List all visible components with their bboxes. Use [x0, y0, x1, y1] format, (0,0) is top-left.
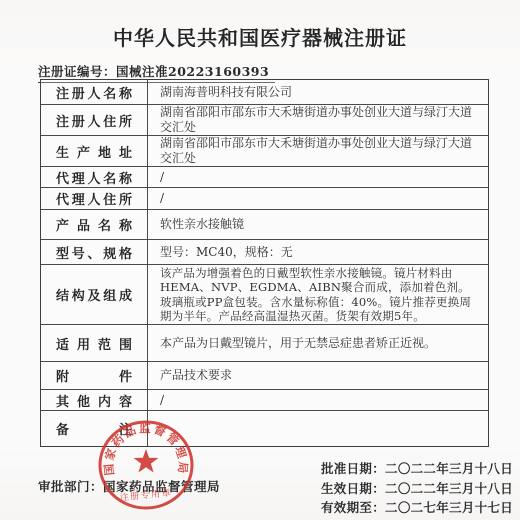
- table-row-model-spec: 型号、规格 型号：MC40，规格：无: [41, 239, 488, 264]
- approval-department-value: 国家药品监督管理局: [103, 479, 220, 494]
- row-value: /: [148, 188, 488, 209]
- table-row-other-content: 其他内容 /: [41, 389, 488, 410]
- table-row-scope-of-application: 适用范围 本产品为日戴型镜片，用于无禁忌症患者矫正近视。: [41, 324, 488, 361]
- table-row-product-name: 产品名称 软性亲水接触镜: [41, 209, 488, 239]
- row-label: 注册人住所: [41, 105, 148, 135]
- row-value: 型号：MC40，规格：无: [148, 240, 488, 264]
- row-value: 本产品为日戴型镜片，用于无禁忌症患者矫正近视。: [148, 325, 488, 361]
- row-label: 生产地址: [41, 136, 148, 166]
- expiry-date-line: 有效期至：二〇二七年三月十七日: [321, 498, 513, 518]
- row-value: /: [148, 167, 488, 187]
- table-row-registrant-name: 注册人名称 湖南海普明科技有限公司: [41, 80, 488, 104]
- certificate-title: 中华人民共和国医疗器械注册证: [0, 22, 520, 51]
- row-value: 软性亲水接触镜: [148, 210, 488, 239]
- row-label: 代理人住所: [41, 188, 148, 209]
- table-row-production-address: 生产地址 湖南省邵阳市邵东市大禾塘街道办事处创业大道与绿汀大道交汇处: [41, 135, 488, 166]
- row-value: 湖南省邵阳市邵东市大禾塘街道办事处创业大道与绿汀大道交汇处: [148, 105, 488, 135]
- approval-department-label: 审批部门：: [38, 479, 103, 494]
- certificate-page: 中华人民共和国医疗器械注册证 注册证编号：国械注准20223160393 注册人…: [0, 0, 520, 520]
- table-row-registrant-address: 注册人住所 湖南省邵阳市邵东市大禾塘街道办事处创业大道与绿汀大道交汇处: [41, 104, 488, 135]
- row-label: 代理人名称: [41, 167, 148, 187]
- row-value: [148, 411, 488, 446]
- approval-department-line: 审批部门：国家药品监督管理局: [38, 477, 220, 495]
- row-label: 附件: [41, 362, 148, 389]
- row-value: 湖南省邵阳市邵东市大禾塘街道办事处创业大道与绿汀大道交汇处: [148, 136, 488, 166]
- row-label: 其他内容: [41, 390, 148, 410]
- table-row-attachment: 附件 产品技术要求: [41, 361, 488, 389]
- row-label: 产品名称: [41, 210, 148, 239]
- table-row-remarks: 备注: [41, 410, 488, 446]
- row-value: 产品技术要求: [148, 362, 488, 389]
- registration-number-value: 国械注准20223160393: [116, 64, 269, 79]
- table-row-agent-name: 代理人名称 /: [41, 166, 488, 187]
- row-value: 该产品为增强着色的日戴型软性亲水接触镜。镜片材料由HEMA、NVP、EGDMA、…: [148, 265, 488, 324]
- table-row-structure-composition: 结构及组成 该产品为增强着色的日戴型软性亲水接触镜。镜片材料由HEMA、NVP、…: [41, 264, 488, 324]
- effective-date-line: 生效日期：二〇二二年三月十八日: [321, 479, 513, 499]
- approval-date-line: 批准日期：二〇二二年三月十八日: [321, 459, 513, 479]
- row-value: /: [148, 390, 488, 410]
- certificate-dates: 批准日期：二〇二二年三月十八日 生效日期：二〇二二年三月十八日 有效期至：二〇二…: [321, 459, 513, 518]
- certificate-info-table: 注册人名称 湖南海普明科技有限公司 注册人住所 湖南省邵阳市邵东市大禾塘街道办事…: [40, 79, 489, 447]
- row-label: 备注: [41, 411, 148, 446]
- star-icon: [134, 449, 159, 473]
- row-label: 结构及组成: [41, 265, 148, 324]
- row-label: 注册人名称: [41, 80, 148, 104]
- registration-number-label: 注册证编号：: [38, 64, 116, 79]
- row-value: 湖南海普明科技有限公司: [148, 80, 488, 104]
- table-row-agent-address: 代理人住所 /: [41, 187, 488, 209]
- row-label: 型号、规格: [41, 240, 148, 264]
- row-label: 适用范围: [41, 325, 148, 361]
